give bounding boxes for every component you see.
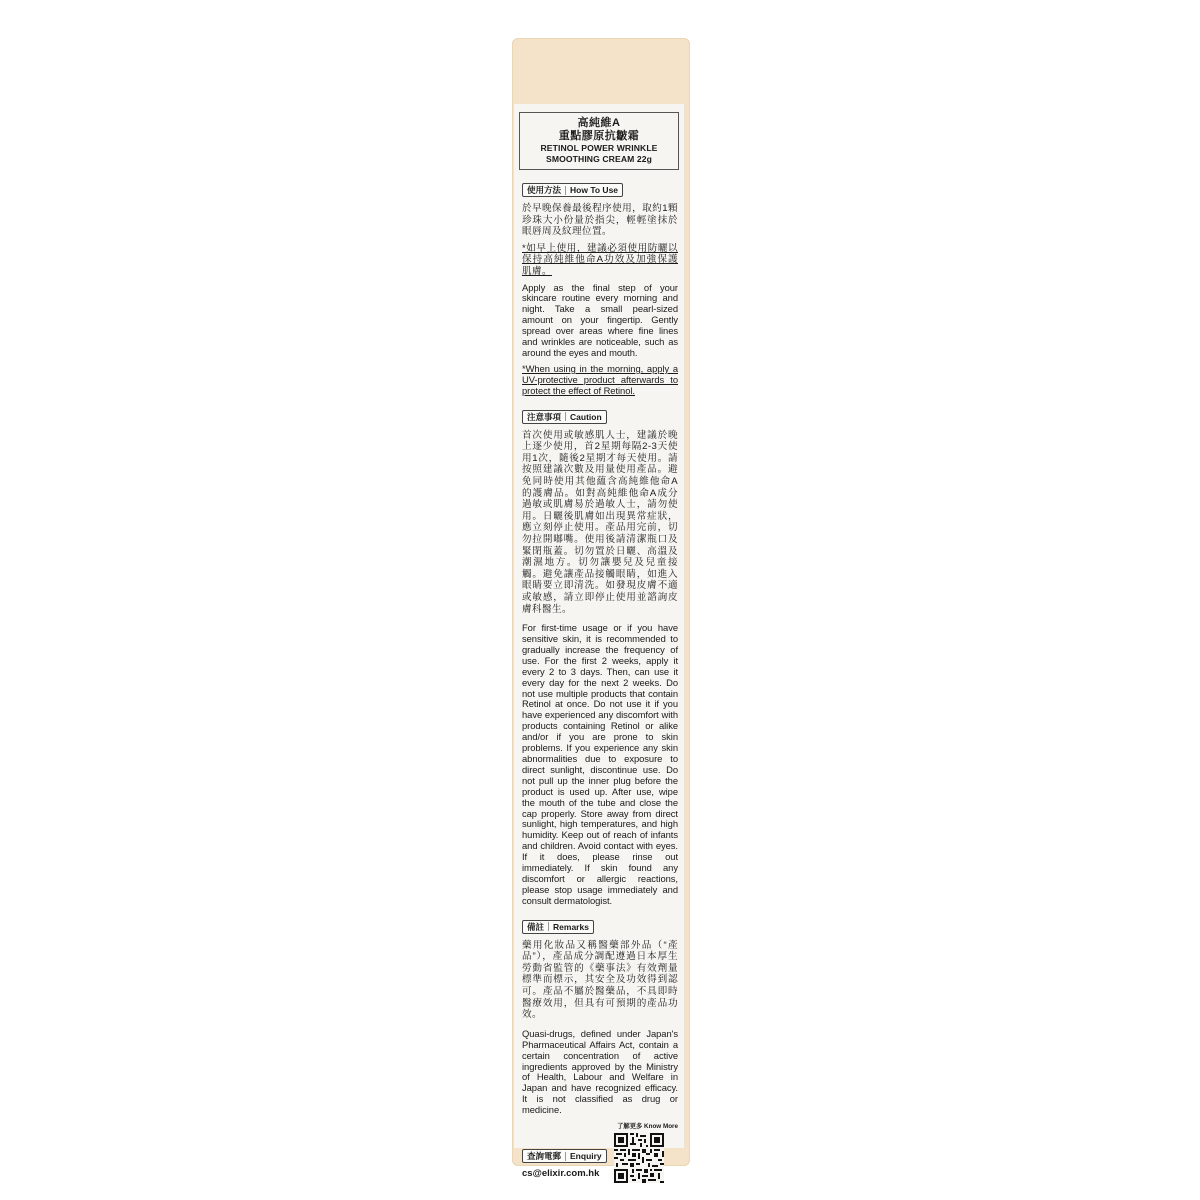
enquiry-email: cs@elixir.com.hk	[522, 1168, 599, 1179]
heading-divider	[565, 412, 566, 421]
caution-body-en: For first-time usage or if you have sens…	[522, 623, 678, 907]
caution-heading: 注意事項 Caution	[522, 410, 607, 424]
how-to-use-body-en: Apply as the final step of your skincare…	[522, 283, 678, 359]
enquiry-heading: 查詢電郵 Enquiry	[522, 1149, 607, 1163]
product-title-zh-line2: 重點膠原抗皺霜	[522, 130, 676, 143]
how-to-use-body-zh: 於早晚保養最後程序使用，取約1顆珍珠大小份量於指尖，輕輕塗抹於眼唇周及紋理位置。	[522, 203, 678, 238]
know-more-text: 了解更多 Know More	[617, 1121, 678, 1130]
product-title-box: 高純維A 重點膠原抗皺霜 RETINOL POWER WRINKLE SMOOT…	[519, 112, 679, 170]
how-to-use-heading-zh: 使用方法	[527, 185, 561, 195]
product-title-zh-line1: 高純維A	[522, 117, 676, 130]
remarks-body-en: Quasi-drugs, defined under Japan's Pharm…	[522, 1029, 678, 1116]
label-footer: 了解更多 Know More 查詢電郵 Enquiry cs@elixir.co…	[522, 1121, 678, 1200]
product-title-en-line2: SMOOTHING CREAM 22g	[522, 154, 676, 165]
remarks-heading-zh: 備註	[527, 922, 544, 932]
remarks-heading: 備註 Remarks	[522, 920, 594, 934]
how-to-use-heading: 使用方法 How To Use	[522, 183, 623, 197]
heading-divider	[548, 922, 549, 931]
how-to-use-heading-en: How To Use	[570, 185, 618, 195]
caution-body-zh: 首次使用或敏感肌人士，建議於晚上逐少使用，首2星期每隔2-3天使用1次，隨後2星…	[522, 430, 678, 616]
product-title-en-line1: RETINOL POWER WRINKLE	[522, 143, 676, 154]
qr-code-icon	[614, 1133, 664, 1183]
remarks-heading-en: Remarks	[553, 922, 589, 932]
enquiry-heading-en: Enquiry	[570, 1151, 602, 1161]
product-label: 高純維A 重點膠原抗皺霜 RETINOL POWER WRINKLE SMOOT…	[514, 104, 686, 1148]
heading-divider	[565, 1152, 566, 1161]
caution-heading-zh: 注意事項	[527, 412, 561, 422]
enquiry-heading-zh: 查詢電郵	[527, 1151, 561, 1161]
heading-divider	[565, 186, 566, 195]
how-to-use-note-zh: *如早上使用，建議必須使用防曬以保持高純維他命A功效及加強保護肌膚。	[522, 243, 678, 278]
caution-heading-en: Caution	[570, 412, 602, 422]
remarks-body-zh: 藥用化妝品又稱醫藥部外品（“產品”），產品成分調配遵過日本厚生勞動省監管的《藥事…	[522, 940, 678, 1021]
how-to-use-note-en: *When using in the morning, apply a UV-p…	[522, 364, 678, 397]
